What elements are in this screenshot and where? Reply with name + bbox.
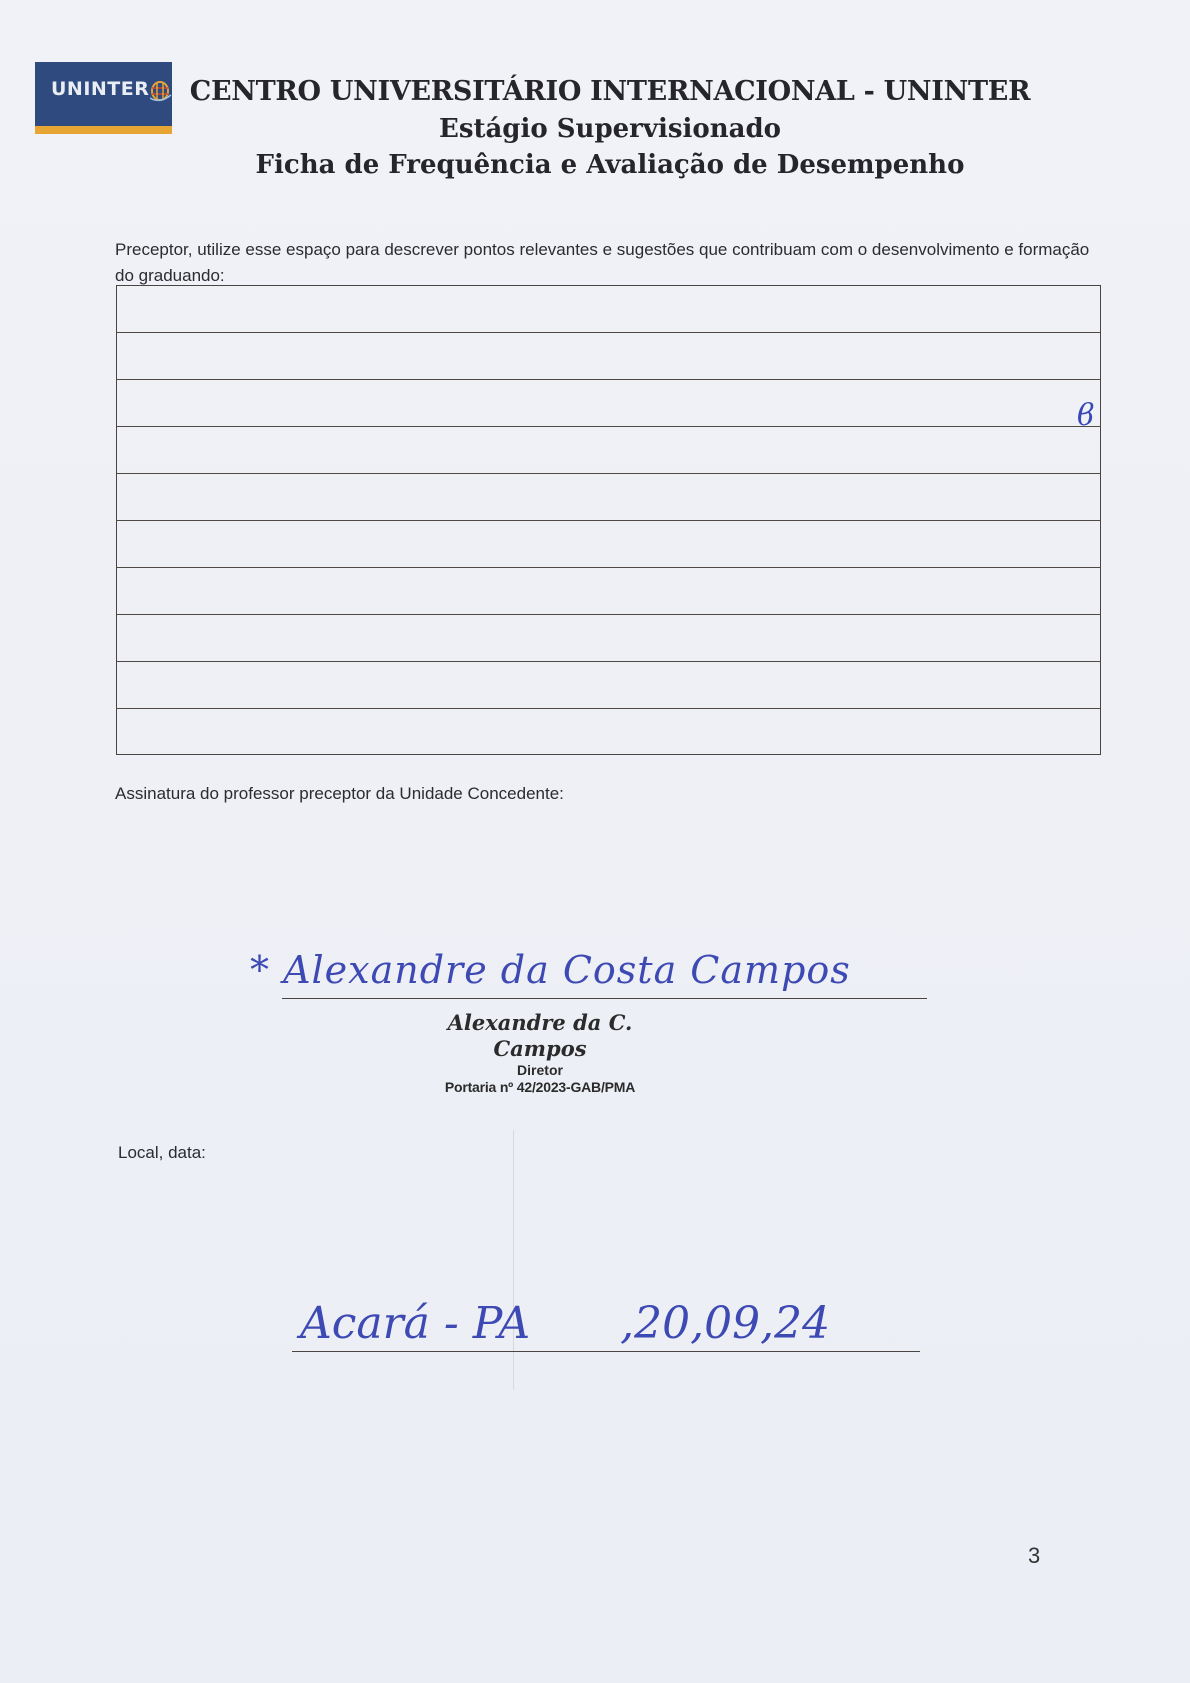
margin-ink-mark: ϐ (1077, 398, 1094, 433)
form-title: Ficha de Frequência e Avaliação de Desem… (180, 147, 1040, 183)
comments-lined-box[interactable] (116, 285, 1101, 755)
document-page: UNINTER CENTRO UNIVERSITÁRIO INTERNACION… (0, 0, 1190, 1683)
section-subtitle: Estágio Supervisionado (180, 111, 1040, 147)
handwritten-local-date: Acará - PA,20,09,24 (300, 1298, 830, 1349)
handwritten-year: 24 (774, 1298, 830, 1349)
comment-line[interactable] (117, 286, 1100, 333)
comment-line[interactable] (117, 380, 1100, 427)
comment-line[interactable] (117, 521, 1100, 568)
comment-line[interactable] (117, 568, 1100, 615)
page-number: 3 (1028, 1543, 1040, 1569)
handwritten-place: Acará - PA (300, 1298, 530, 1349)
handwritten-signature: * Alexandre da Costa Campos (250, 948, 851, 992)
signature-line[interactable] (282, 998, 927, 999)
comments-instruction: Preceptor, utilize esse espaço para desc… (115, 237, 1100, 289)
stamp-role: Diretor (420, 1062, 660, 1078)
handwritten-month: 09 (704, 1298, 760, 1349)
local-date-label: Local, data: (118, 1143, 206, 1163)
logo-accent-bar (35, 126, 172, 134)
institution-title: CENTRO UNIVERSITÁRIO INTERNACIONAL - UNI… (180, 73, 1040, 111)
signature-label: Assinatura do professor preceptor da Uni… (115, 784, 564, 804)
document-header: CENTRO UNIVERSITÁRIO INTERNACIONAL - UNI… (180, 73, 1040, 183)
official-stamp: Alexandre da C. Campos Diretor Portaria … (420, 1010, 660, 1096)
comment-line[interactable] (117, 427, 1100, 474)
comment-line[interactable] (117, 333, 1100, 380)
uninter-logo: UNINTER (35, 62, 172, 136)
local-date-line[interactable] (292, 1351, 920, 1352)
comment-line[interactable] (117, 662, 1100, 709)
comment-line[interactable] (117, 709, 1100, 756)
handwritten-day: 20 (634, 1298, 690, 1349)
globe-icon (150, 80, 172, 104)
comment-line[interactable] (117, 474, 1100, 521)
logo-text: UNINTER (51, 78, 149, 100)
stamp-portaria: Portaria nº 42/2023-GAB/PMA (420, 1078, 660, 1096)
comment-line[interactable] (117, 615, 1100, 662)
stamp-name: Alexandre da C. Campos (420, 1010, 660, 1062)
